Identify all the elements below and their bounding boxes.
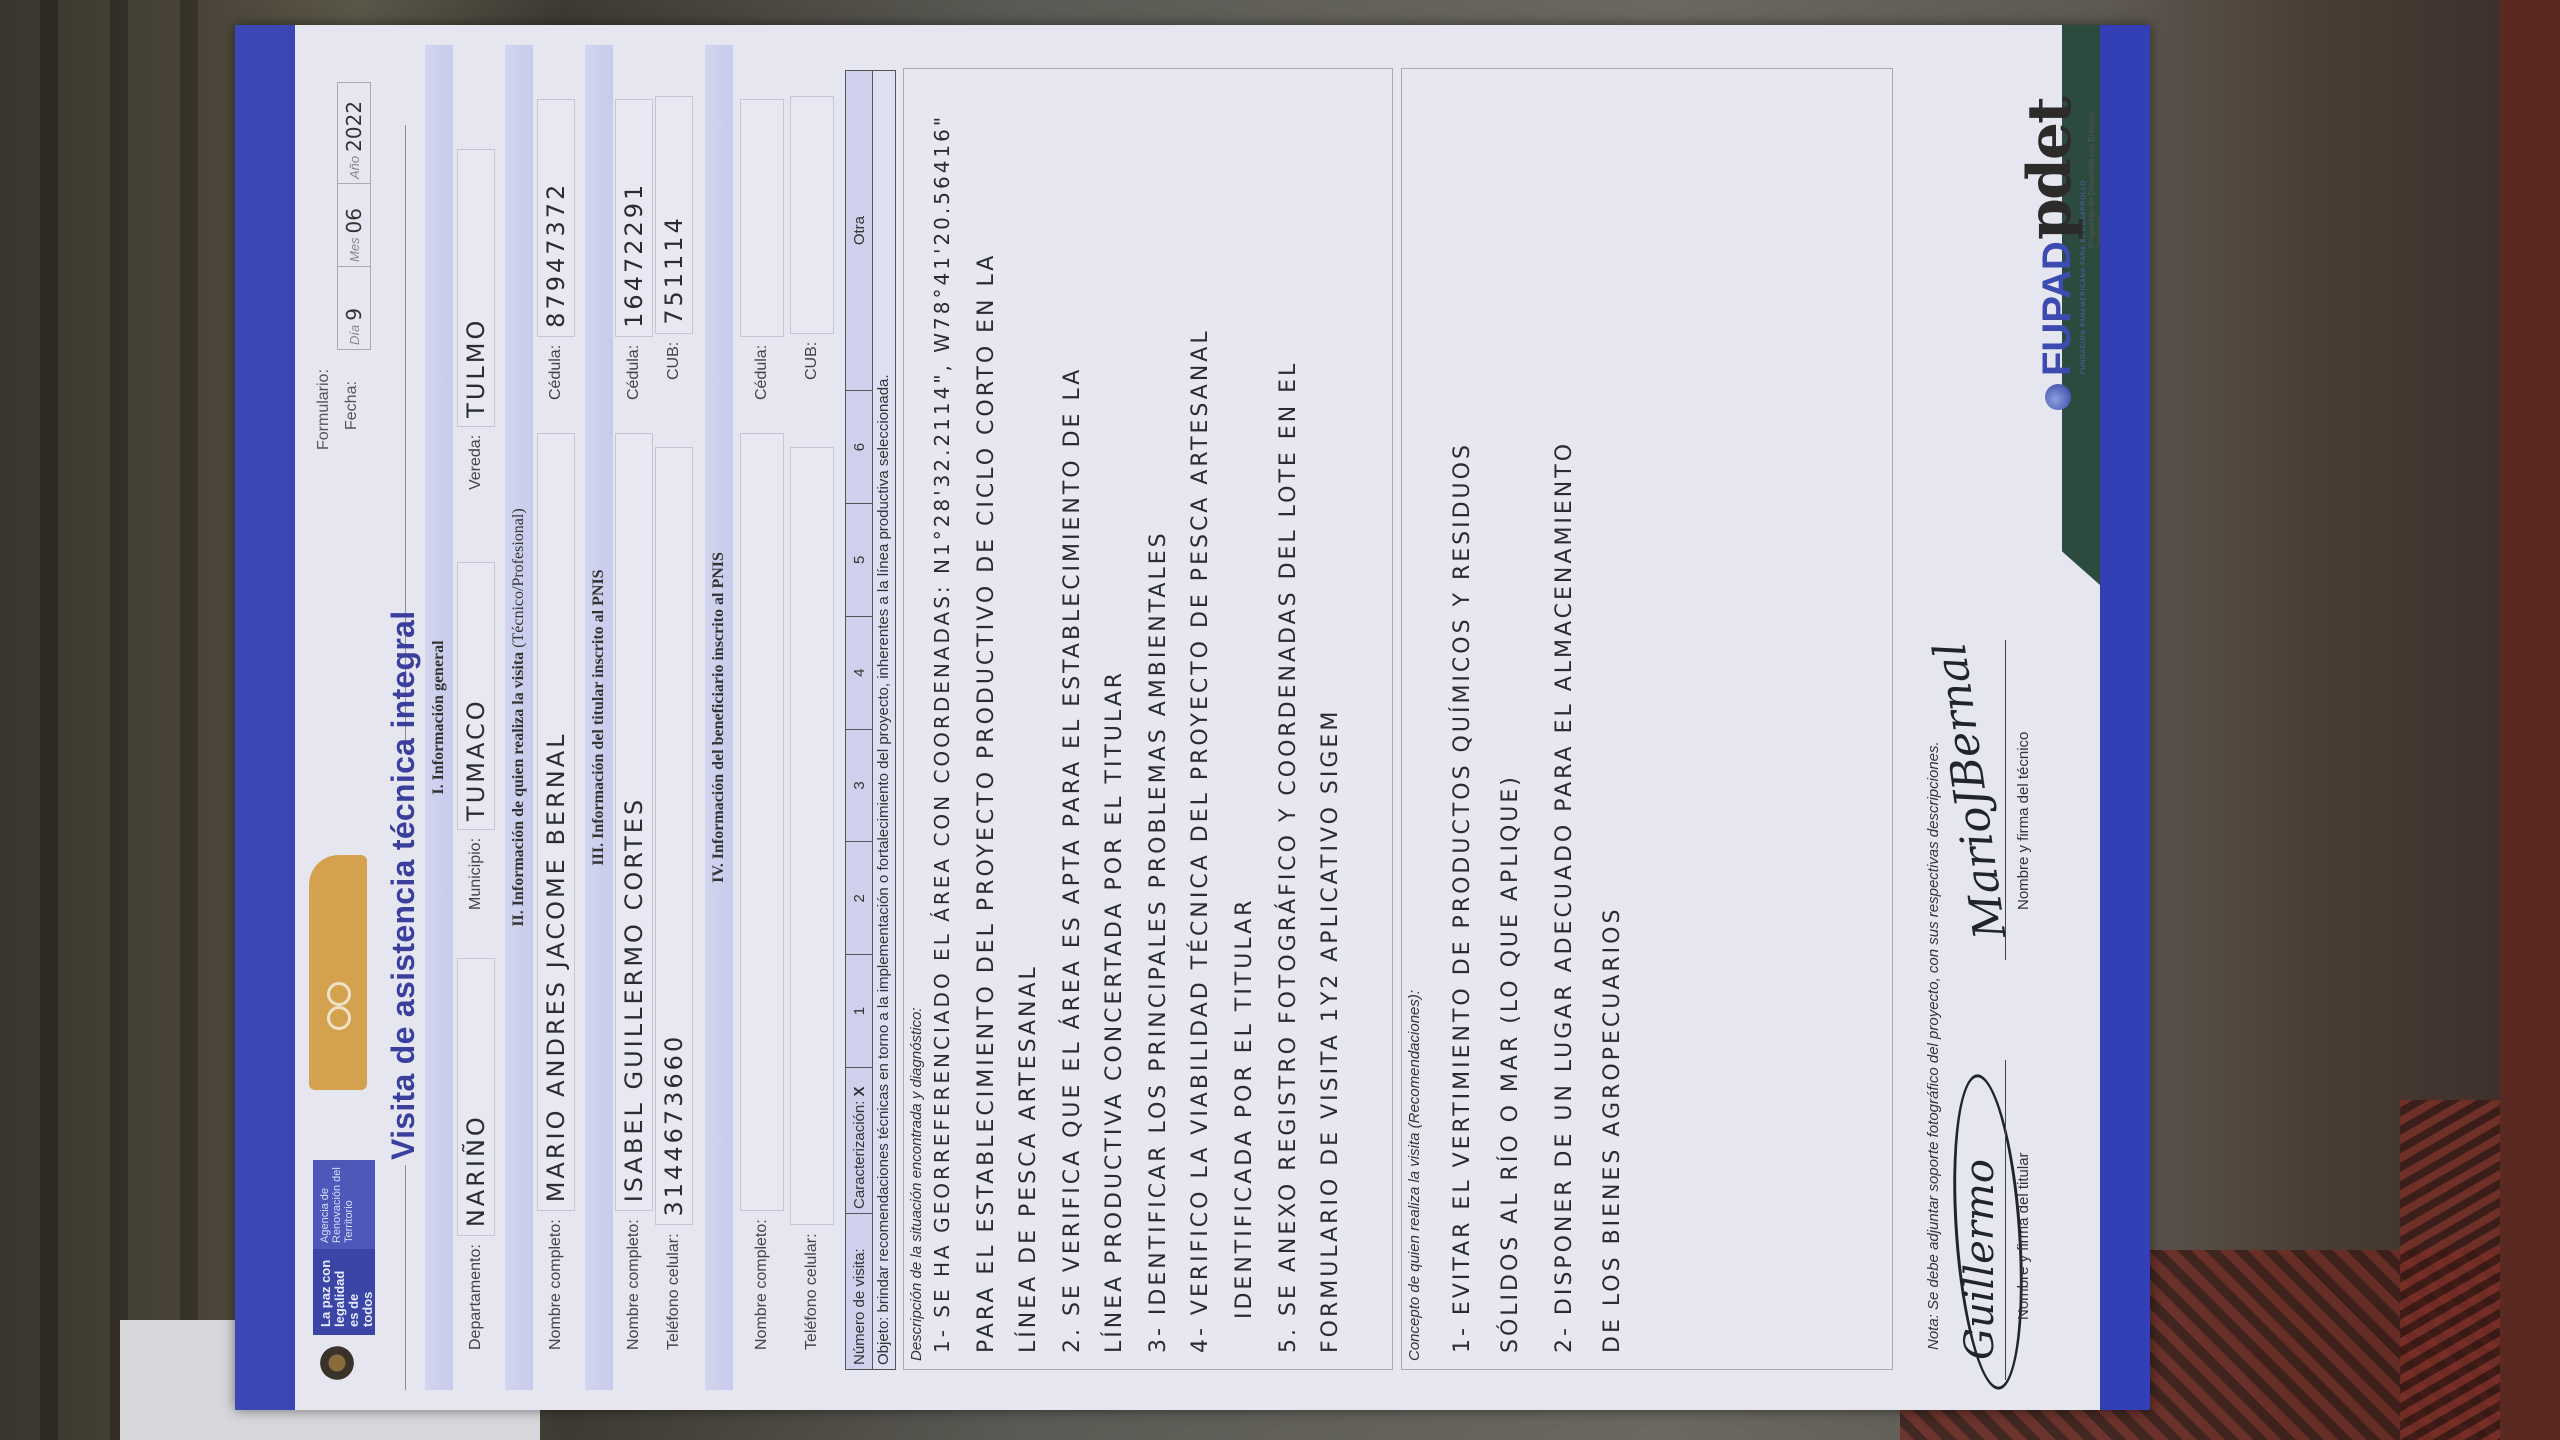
- description-line: 4- Verifico la viabilidad técnica del pr…: [1188, 328, 1213, 1353]
- background-stripe: [40, 0, 58, 1440]
- globe-icon: [2045, 384, 2071, 410]
- visit-option-5[interactable]: 5: [846, 503, 873, 616]
- description-label: Descripción de la situación encontrada y…: [908, 1007, 925, 1361]
- recommendation-line: sólidos al río o mar (lo que aplique): [1498, 774, 1523, 1353]
- description-line: 5. Se anexo registro fotográfico y coord…: [1276, 361, 1301, 1353]
- recommendations-label: Concepto de quien realiza la visita (Rec…: [1406, 990, 1423, 1361]
- description-line: línea de pesca artesanal: [1016, 964, 1041, 1353]
- signature-line: [2005, 1060, 2006, 1380]
- date-month-value: 06: [342, 208, 366, 233]
- visit-option-6[interactable]: 6: [846, 391, 873, 504]
- visit-number-table: Número de visita: Caracterización: X 1 2…: [845, 70, 873, 1370]
- background-stripe: [180, 0, 198, 1440]
- nota-text: Nota: Se debe adjuntar soporte fotográfi…: [1925, 741, 1942, 1350]
- visit-option-otra[interactable]: Otra: [846, 71, 873, 391]
- caracterizacion-mark: X: [851, 1086, 868, 1096]
- beneficiario-nombre-row: Nombre completo:: [740, 433, 784, 1350]
- fupad-logo: FUPAD: [2035, 241, 2080, 410]
- beneficiario-cub-field[interactable]: [790, 96, 834, 334]
- titular-cub-field[interactable]: 751114: [655, 96, 693, 334]
- titular-cedula-row: Cédula: 16472291: [615, 99, 653, 400]
- date-year-field[interactable]: Año 2022: [337, 82, 371, 184]
- objeto-text: Objeto: brindar recomendaciones técnicas…: [872, 70, 896, 1370]
- vereda-field[interactable]: Tulmo: [457, 149, 495, 427]
- titular-cub-row: CUB: 751114: [655, 96, 693, 380]
- municipio-row: Municipio: Tumaco: [457, 562, 495, 910]
- section-4-header: IV. Información del beneficiario inscrit…: [705, 45, 733, 1390]
- description-line: formulario de visita 1y2 aplicativo SIGE…: [1318, 709, 1343, 1353]
- departamento-field[interactable]: Nariño: [457, 958, 495, 1236]
- beneficiario-cub-row: CUB:: [790, 96, 834, 380]
- background-floor: [2500, 0, 2560, 1440]
- description-line: para el establecimiento del proyecto pro…: [974, 253, 999, 1353]
- titular-telefono-field[interactable]: 3144673660: [655, 447, 693, 1225]
- page-title: Visita de asistencia técnica integral: [385, 611, 422, 1160]
- tecnico-nombre-field[interactable]: Mario Andres Jacome Bernal: [537, 433, 575, 1211]
- signature-line: [2005, 640, 2006, 960]
- tecnico-nombre-row: Nombre completo: Mario Andres Jacome Ber…: [537, 433, 575, 1350]
- titular-signature-label: Nombre y firma del titular: [2015, 1152, 2032, 1320]
- tecnico-cedula-field[interactable]: 87947372: [537, 99, 575, 337]
- bottom-blue-band: [2100, 25, 2150, 1410]
- date-month-field[interactable]: Mes 06: [337, 183, 371, 267]
- background-stripe: [110, 0, 128, 1440]
- coat-of-arms-icon: [319, 1346, 359, 1380]
- titular-signature: Guillermo: [1957, 1159, 2003, 1360]
- fecha-label: Fecha:: [343, 381, 361, 430]
- orange-logo: [309, 855, 367, 1090]
- departamento-row: Departamento: Nariño: [457, 958, 495, 1350]
- tecnico-signature-label: Nombre y firma del técnico: [2015, 732, 2032, 910]
- titular-telefono-row: Teléfono celular: 3144673660: [655, 447, 693, 1350]
- vereda-row: Vereda: Tulmo: [457, 149, 495, 490]
- description-line: línea productiva concertada por el titul…: [1102, 670, 1127, 1353]
- visit-option-2[interactable]: 2: [846, 842, 873, 955]
- swirl-icon: [327, 982, 351, 1006]
- beneficiario-cedula-field[interactable]: [740, 99, 784, 337]
- titular-nombre-field[interactable]: Isabel Guillermo Cortes: [615, 433, 653, 1211]
- recommendation-line: de los bienes agropecuarios: [1600, 907, 1625, 1353]
- description-line: identificada por el titular: [1232, 898, 1257, 1319]
- recommendations-box[interactable]: Concepto de quien realiza la visita (Rec…: [1401, 68, 1893, 1370]
- government-tagline: La paz con legalidad es de todos Agencia…: [313, 1160, 375, 1335]
- visit-option-4[interactable]: 4: [846, 616, 873, 729]
- form-document: La paz con legalidad es de todos Agencia…: [235, 25, 2150, 1410]
- beneficiario-cedula-row: Cédula:: [740, 99, 784, 400]
- visit-option-3[interactable]: 3: [846, 729, 873, 842]
- divider: [405, 1165, 406, 1390]
- description-line: 3- Identificar los principales problemas…: [1146, 530, 1171, 1353]
- recommendation-line: 1- Evitar el vertimiento de productos qu…: [1450, 442, 1475, 1353]
- pdet-logo: pdet: [2015, 98, 2085, 240]
- top-blue-band: [235, 25, 295, 1410]
- visit-number-label: Número de visita:: [846, 1214, 873, 1370]
- formulario-label: Formulario:: [315, 369, 333, 450]
- titular-nombre-row: Nombre completo: Isabel Guillermo Cortes: [615, 433, 653, 1350]
- beneficiario-telefono-field[interactable]: [790, 447, 834, 1225]
- date-day-field[interactable]: Día 9: [337, 266, 371, 350]
- tagline-text: La paz con legalidad es de todos: [313, 1249, 375, 1335]
- date-day-value: 9: [342, 308, 366, 321]
- description-line: 2. Se verifica que el área es apta para …: [1060, 367, 1085, 1353]
- section-3-header: III. Información del titular inscrito al…: [585, 45, 613, 1390]
- caracterizacion-cell[interactable]: Caracterización: X: [846, 1068, 873, 1214]
- tecnico-cedula-row: Cédula: 87947372: [537, 99, 575, 400]
- beneficiario-telefono-row: Teléfono celular:: [790, 447, 834, 1350]
- date-year-value: 2022: [342, 101, 366, 152]
- section-1-header: I. Información general: [425, 45, 453, 1390]
- swirl-icon: [327, 1006, 351, 1030]
- visit-option-1[interactable]: 1: [846, 955, 873, 1068]
- description-line: 1- Se ha georreferenciado el área con co…: [930, 114, 954, 1353]
- beneficiario-nombre-field[interactable]: [740, 433, 784, 1211]
- municipio-field[interactable]: Tumaco: [457, 562, 495, 830]
- description-box[interactable]: Descripción de la situación encontrada y…: [903, 68, 1393, 1370]
- titular-cedula-field[interactable]: 16472291: [615, 99, 653, 337]
- recommendation-line: 2- Disponer de un lugar adecuado para el…: [1552, 441, 1577, 1353]
- agency-name: Agencia de Renovación del Territorio: [313, 1160, 375, 1249]
- section-2-header: II. Información de quien realiza la visi…: [505, 45, 533, 1390]
